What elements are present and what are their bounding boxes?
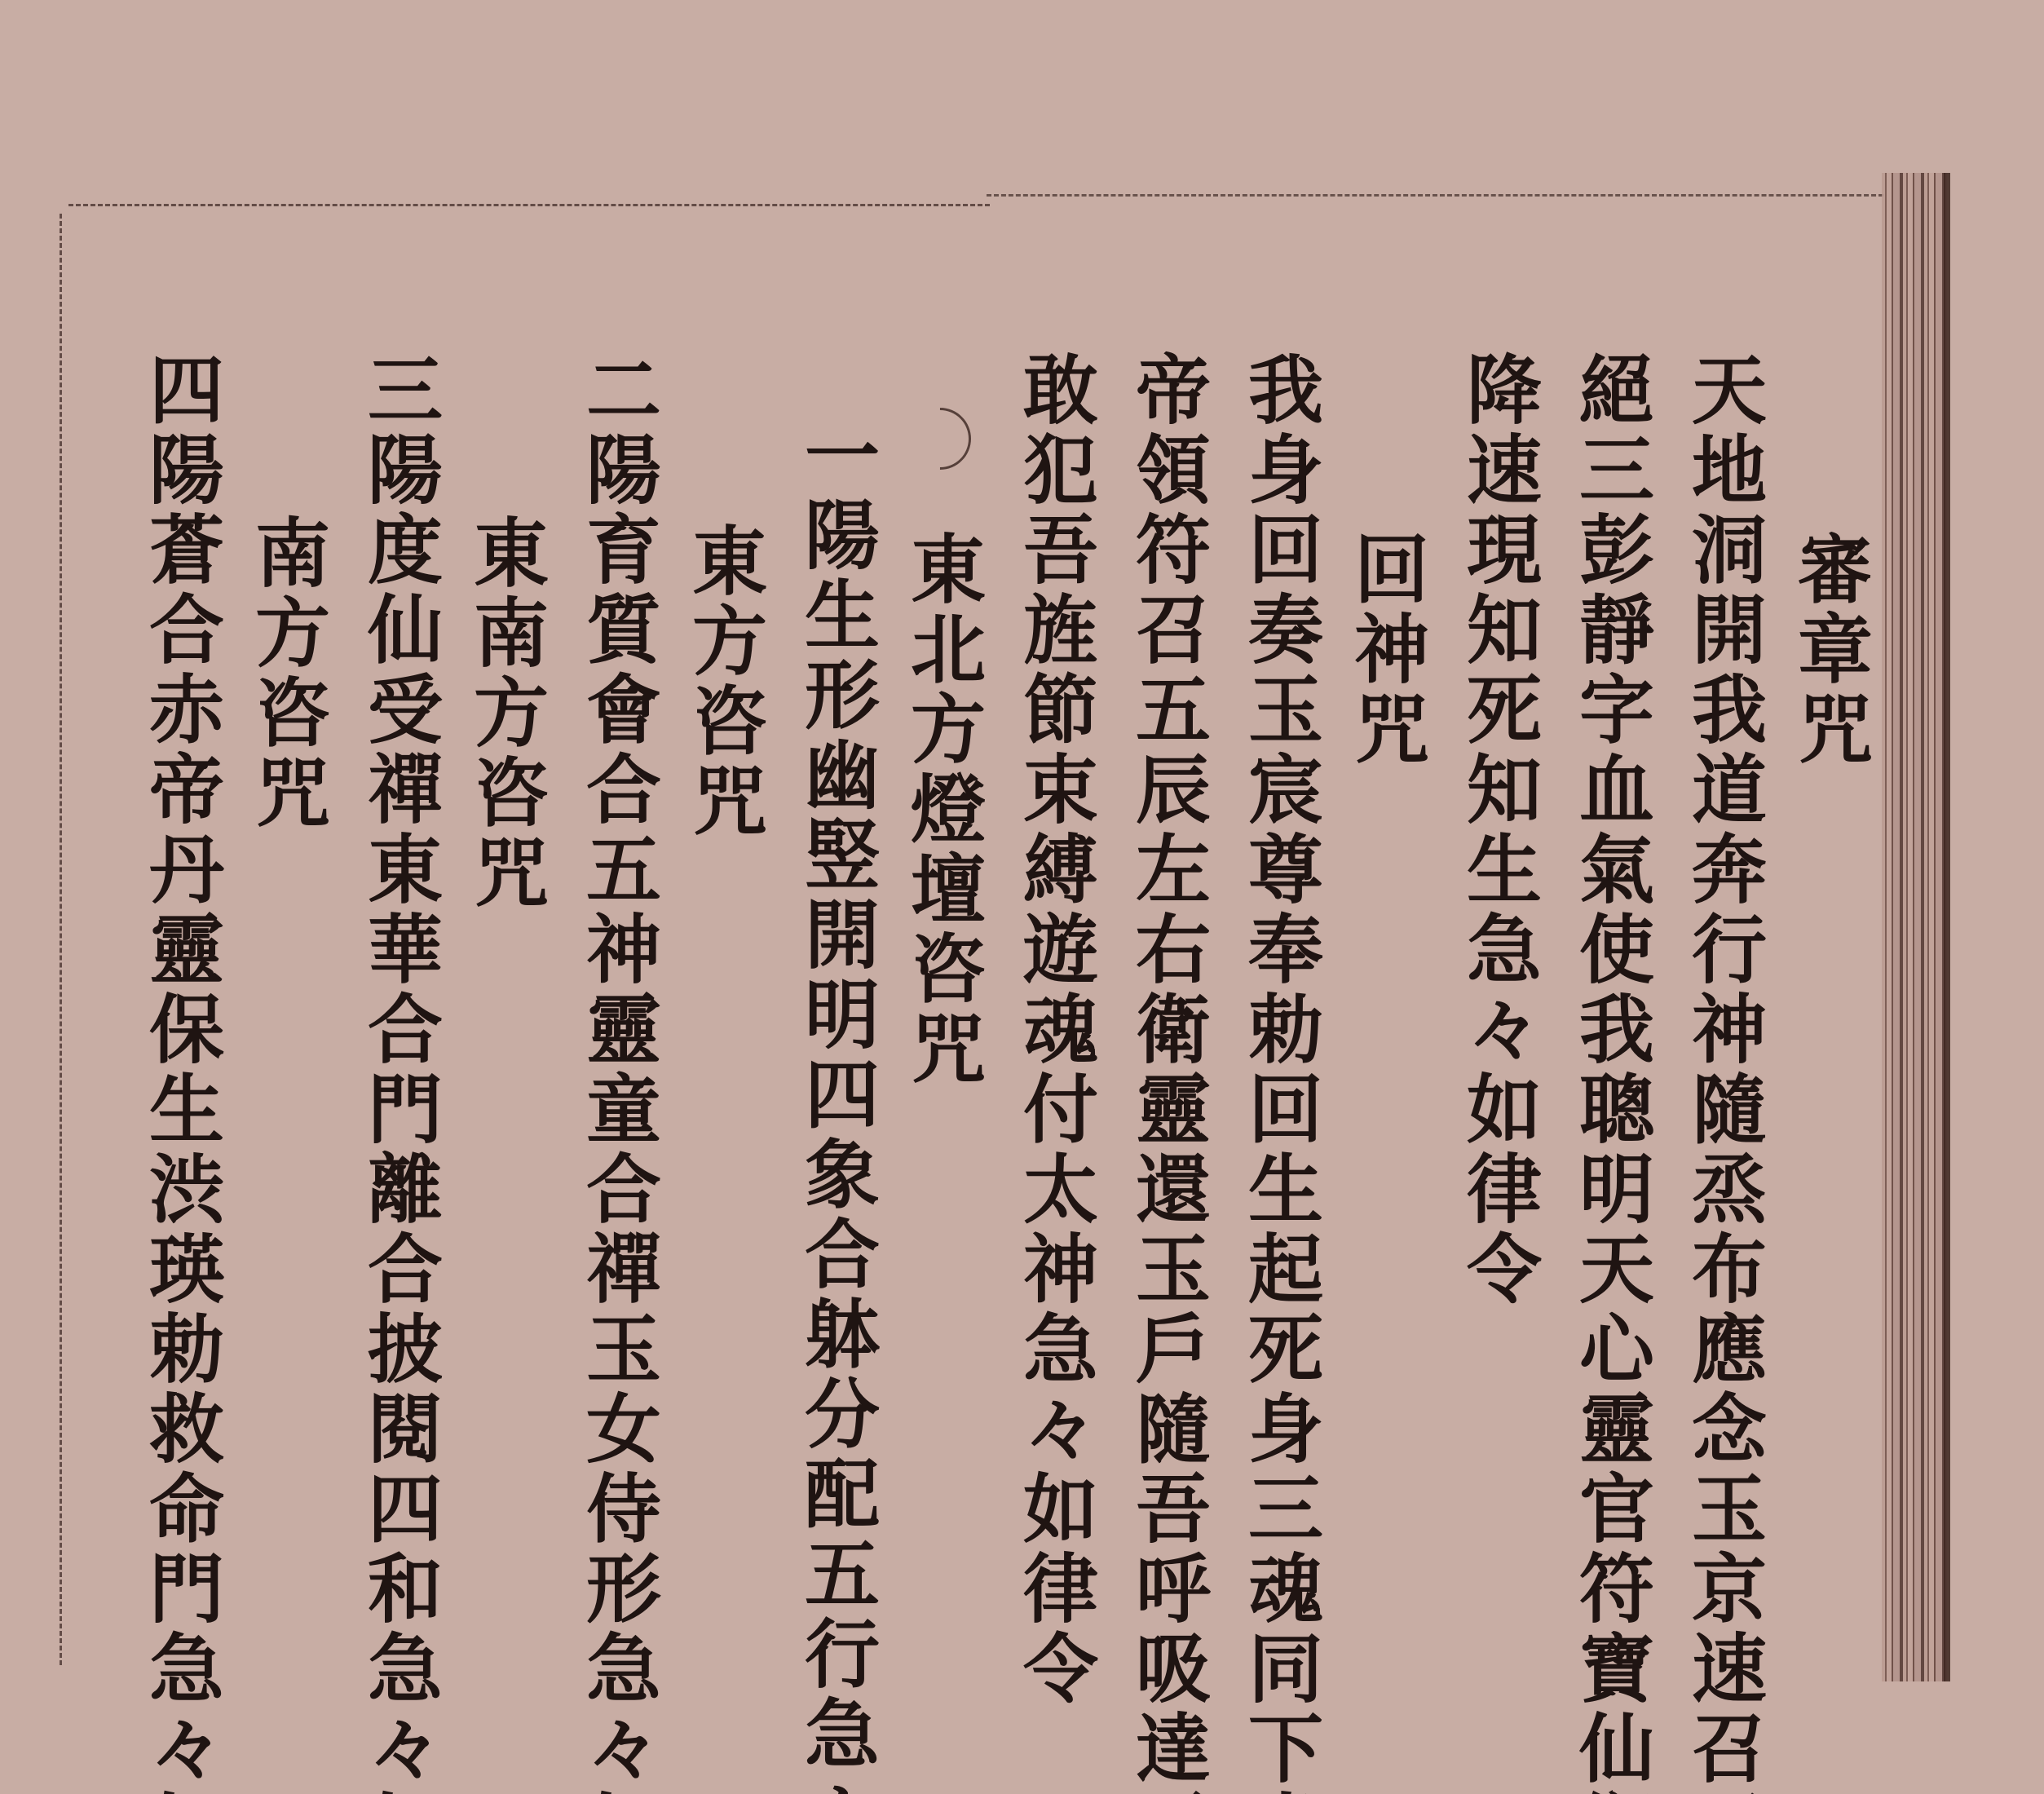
section-title-nan-fang: 南方咨咒: [219, 351, 324, 1737]
text-column: 天地洞開我道奔行神隨烝布應念玉京速召玉女斬: [1649, 351, 1761, 1737]
text-column: 一陽生形幽竪開明四象合躰分配五行急々如律令: [762, 351, 874, 1737]
page-frame-left-border: [60, 214, 62, 1665]
vertical-text-block: 審章咒 天地洞開我道奔行神隨烝布應念玉京速召玉女斬 絕三彭靜字血氣使我聰明天心靈…: [90, 351, 1867, 1737]
page-frame-top-left-border: [68, 204, 990, 206]
text-column: 敢犯吾旌節束縛遊魂付太神急々如律令: [980, 351, 1093, 1737]
section-title-dongbei-fang: 東北方燈壇咨咒: [874, 351, 980, 1737]
text-column: 絕三彭靜字血氣使我聰明天心靈官符寶仙鄉速: [1536, 351, 1649, 1737]
book-spine-edge: [1882, 173, 1947, 1681]
book-spine-outer-line: [1944, 173, 1950, 1681]
section-title-dongnan-fang: 東南方咨咒: [437, 351, 543, 1737]
section-title-dong-fang: 東方咨咒: [656, 351, 762, 1737]
section-title-shenzhang-zhou: 審章咒: [1761, 351, 1867, 1737]
text-column: 四陽蒼合赤帝丹靈保生渋瑛勅救命門急々如律令: [106, 351, 219, 1737]
page-frame-top-right-border: [987, 194, 1883, 197]
text-column: 我身回奏玉宸尊奉勅回生起死身三魂同下虛無路上: [1205, 351, 1318, 1737]
manuscript-page: 審章咒 天地洞開我道奔行神隨烝布應念玉京速召玉女斬 絕三彭靜字血氣使我聰明天心靈…: [0, 0, 2044, 1794]
text-column: 二陽育質會合五神靈童合禪玉女侍形急々如律令: [543, 351, 656, 1737]
section-title-huishen-zhou: 回神咒: [1318, 351, 1424, 1737]
text-column: 三陽度仙受禪東華合門離合披閱四和急々如律令: [324, 351, 437, 1737]
text-column: 降速現知死知生急々如律令: [1424, 351, 1536, 1737]
text-column: 帝領符召五辰左右衛靈還玉戶隨吾呼吸達靈真凶魔: [1093, 351, 1205, 1737]
